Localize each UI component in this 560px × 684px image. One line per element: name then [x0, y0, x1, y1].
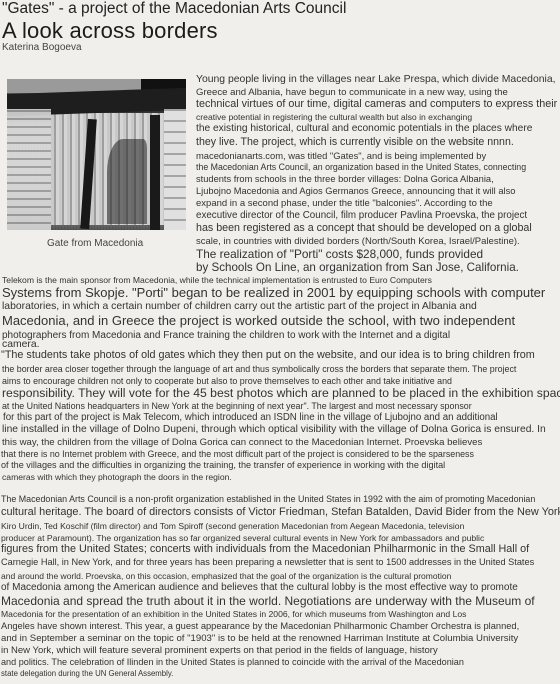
- text-line: the Macedonian Arts Council, an organiza…: [196, 162, 526, 172]
- text-line: Angeles have shown interest. This year, …: [1, 621, 519, 631]
- text-line: has been registered as a concept that sh…: [196, 222, 532, 234]
- text-line: line installed in the village of Dolno D…: [2, 424, 546, 435]
- text-line: that there is no Internet problem with G…: [1, 449, 474, 459]
- text-line: they live. The project, which is current…: [196, 136, 514, 148]
- text-line: figures from the United States; concerts…: [1, 543, 529, 555]
- photo-caption: Gate from Macedonia: [47, 238, 143, 249]
- text-line: the border area closer together through …: [2, 364, 516, 374]
- text-line: at the United Nations headquarters in Ne…: [2, 401, 472, 411]
- text-line: for this part of the project is Mak Tele…: [3, 412, 498, 423]
- text-line: "The students take photos of old gates w…: [1, 349, 535, 361]
- text-line: Macedonia for the presentation of an exh…: [1, 609, 466, 619]
- text-line: and in September a seminar on the topic …: [1, 633, 518, 644]
- text-line: cameras with which they photograph the d…: [2, 472, 232, 482]
- text-line: responsibility. They will vote for the 4…: [2, 386, 560, 400]
- text-line: in New York, which will feature several …: [1, 645, 438, 656]
- article-kicker: "Gates" - a project of the Macedonian Ar…: [2, 0, 346, 18]
- text-line: producer at Paramount). The organization…: [1, 533, 484, 543]
- text-line: The realization of "Porti" costs $28,000…: [196, 247, 483, 261]
- text-line: scale, in countries with divided borders…: [196, 236, 520, 247]
- article-headline: A look across borders: [2, 18, 218, 44]
- text-line: cultural heritage. The board of director…: [1, 506, 560, 518]
- text-line: Young people living in the villages near…: [196, 74, 555, 85]
- gate-photo: [7, 79, 186, 230]
- text-line: macedonianarts.com, was titled "Gates", …: [196, 150, 486, 161]
- text-line: expand in a second phase, under the titl…: [196, 198, 493, 209]
- text-line: of Macedonia among the American audience…: [1, 582, 518, 593]
- text-line: Greece and Albania, have begun to commun…: [196, 87, 508, 98]
- text-line: laboratories, in which a certain number …: [2, 301, 477, 312]
- text-line: creative potential in registering the cu…: [196, 112, 472, 122]
- text-line: by Schools On Line, an organization from…: [196, 261, 519, 274]
- text-line: of the villages and the difficulties in …: [1, 460, 445, 470]
- text-line: state delegation during the UN General A…: [1, 669, 173, 678]
- text-line: Carnegie Hall, in New York, and for thre…: [1, 557, 534, 567]
- text-line: Systems from Skopje. "Porti" began to be…: [2, 285, 545, 300]
- text-line: and around the world. Proevska, on this …: [1, 571, 451, 581]
- text-line: The Macedonian Arts Council is a non-pro…: [1, 494, 535, 504]
- text-line: this way, the children from the village …: [2, 437, 482, 448]
- text-line: technical virtues of our time, digital c…: [196, 98, 557, 110]
- text-line: and politics. The celebration of Ilinden…: [1, 657, 464, 667]
- text-line: executive director of the Council, film …: [196, 210, 527, 221]
- text-line: students from schools in the three borde…: [196, 174, 494, 184]
- text-line: photographers from Macedonia and France …: [2, 330, 450, 341]
- text-line: Kiro Urdin, Ted Koschif (film director) …: [1, 521, 464, 531]
- text-line: the existing historical, cultural and ec…: [196, 123, 532, 134]
- text-line: Telekom is the main sponsor from Macedon…: [2, 275, 432, 285]
- text-line: Macedonia, and in Greece the project is …: [2, 313, 515, 328]
- text-line: Ljubojno Macedonia and Agios Germanos Gr…: [196, 186, 515, 196]
- article-byline: Katerina Bogoeva: [2, 42, 82, 53]
- text-line: Macedonia and spread the truth about it …: [1, 594, 535, 608]
- text-line: aims to encourage children not only to c…: [2, 376, 452, 386]
